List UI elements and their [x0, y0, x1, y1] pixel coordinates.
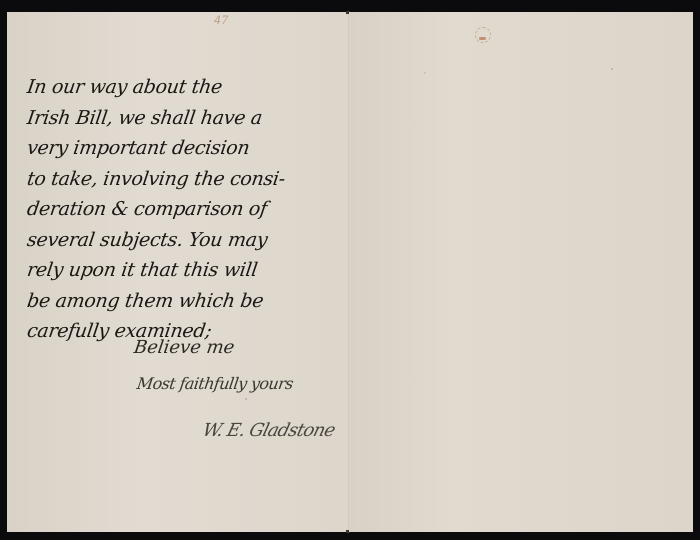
- letter-line: very important decision: [25, 133, 349, 164]
- stamp-mark-icon: [475, 27, 491, 43]
- letter-line: to take, involving the consi-: [25, 164, 349, 195]
- letter-line: Irish Bill, we shall have a: [25, 103, 349, 134]
- letter-line: be among them which be: [25, 286, 349, 317]
- document-scan: 47 In our way about the Irish Bill, we s…: [0, 0, 700, 540]
- left-page: 47 In our way about the Irish Bill, we s…: [7, 12, 349, 532]
- paper-speck: [611, 68, 613, 70]
- valediction: Most faithfully yours: [136, 374, 295, 393]
- signature: W. E. Gladstone: [200, 420, 337, 441]
- letter-body: In our way about the Irish Bill, we shal…: [25, 72, 345, 347]
- paper-speck: [424, 72, 426, 74]
- letter-line: several subjects. You may: [25, 225, 349, 256]
- paper-speck: [245, 398, 247, 400]
- right-page: [349, 12, 693, 532]
- folio-number: 47: [214, 12, 229, 28]
- paper-sheet: 47 In our way about the Irish Bill, we s…: [7, 12, 693, 532]
- letter-line: In our way about the: [25, 72, 349, 103]
- letter-line: deration & comparison of: [25, 194, 349, 225]
- closing-line: Believe me: [133, 337, 236, 358]
- letter-line: rely upon it that this will: [25, 255, 349, 286]
- paper-speck: [87, 212, 89, 214]
